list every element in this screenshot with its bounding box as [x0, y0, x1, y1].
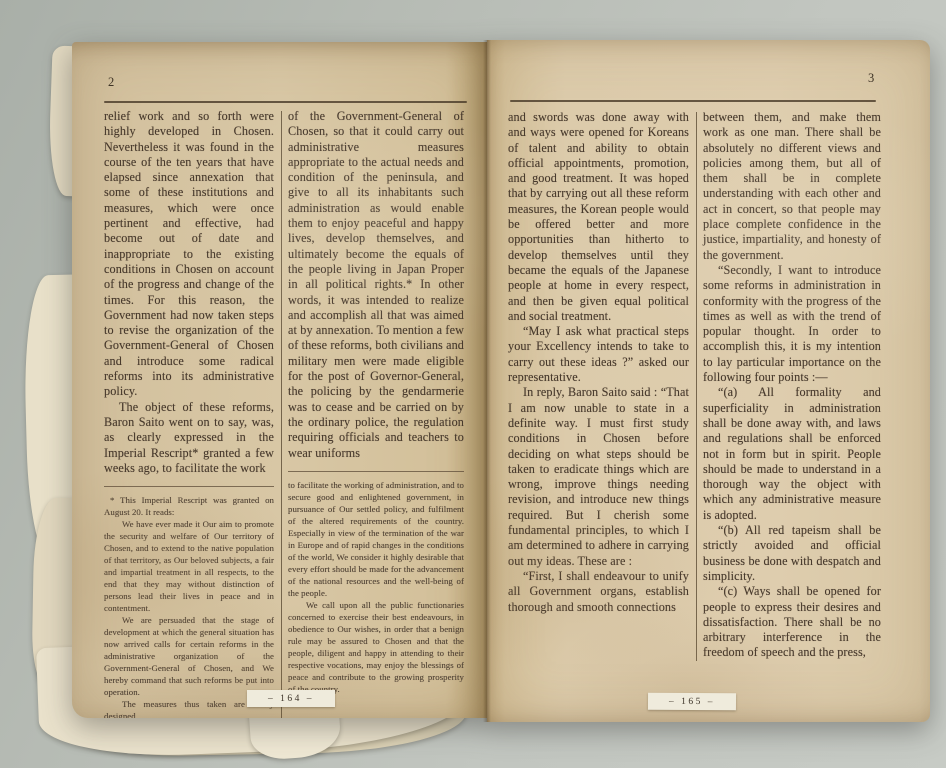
footnote-separator: [288, 471, 464, 472]
paragraph: “May I ask what practical steps your Exc…: [508, 324, 689, 385]
paragraph: “(a) All formality and superficiality in…: [703, 385, 881, 523]
footnote-paragraph: We call upon all the public functionarie…: [288, 599, 464, 695]
photo-stage: 2 relief work and so forth were highly d…: [0, 0, 946, 768]
paragraph: “Secondly, I want to introduce some refo…: [703, 263, 881, 385]
column-divider-rule: [281, 111, 282, 718]
book-gutter-fold: [483, 40, 491, 722]
header-rule: [510, 100, 876, 102]
paragraph: relief work and so forth were highly dev…: [104, 109, 274, 400]
left-page: 2 relief work and so forth were highly d…: [72, 42, 487, 718]
header-rule: [104, 101, 467, 103]
footnote-separator: [104, 486, 274, 487]
text-columns: relief work and so forth were highly dev…: [104, 109, 464, 718]
footnote-text: to facilitate the working of administrat…: [288, 479, 464, 695]
paragraph: “(b) All red tapeism shall be strictly a…: [703, 523, 881, 584]
open-book: 2 relief work and so forth were highly d…: [72, 40, 930, 722]
body-text: between them, and make them work as one …: [703, 110, 881, 661]
footnote-paragraph: * This Imperial Rescript was granted on …: [104, 494, 274, 518]
column-divider-rule: [696, 112, 697, 661]
paragraph: of the Government-General of Chosen, so …: [288, 109, 464, 461]
folio-sticker: – 165 –: [648, 693, 736, 711]
footnote-paragraph: We are persuaded that the stage of devel…: [104, 614, 274, 698]
folio-sticker: – 164 –: [247, 690, 335, 707]
paragraph: between them, and make them work as one …: [703, 110, 881, 263]
body-text: of the Government-General of Chosen, so …: [288, 109, 464, 461]
footnote-paragraph: We have ever made it Our aim to promote …: [104, 518, 274, 614]
right-page: 3 and swords was done away with and ways…: [487, 40, 930, 722]
paragraph: and swords was done away with and ways w…: [508, 110, 689, 324]
page-number: 3: [868, 71, 875, 86]
paragraph: “(c) Ways shall be opened for people to …: [703, 584, 881, 660]
paragraph: In reply, Baron Saito said : “That I am …: [508, 385, 689, 569]
text-columns: and swords was done away with and ways w…: [508, 110, 881, 661]
column: of the Government-General of Chosen, so …: [288, 109, 464, 718]
column: between them, and make them work as one …: [703, 110, 881, 661]
footnote-paragraph: to facilitate the working of administrat…: [288, 479, 464, 599]
body-text: and swords was done away with and ways w…: [508, 110, 689, 615]
column: relief work and so forth were highly dev…: [104, 109, 274, 718]
page-number: 2: [108, 75, 115, 90]
column: and swords was done away with and ways w…: [508, 110, 689, 661]
footnote-text: * This Imperial Rescript was granted on …: [104, 494, 274, 718]
paragraph: The object of these reforms, Baron Saito…: [104, 400, 274, 476]
body-text: relief work and so forth were highly dev…: [104, 109, 274, 476]
paragraph: “First, I shall endeavour to unify all G…: [508, 569, 689, 615]
